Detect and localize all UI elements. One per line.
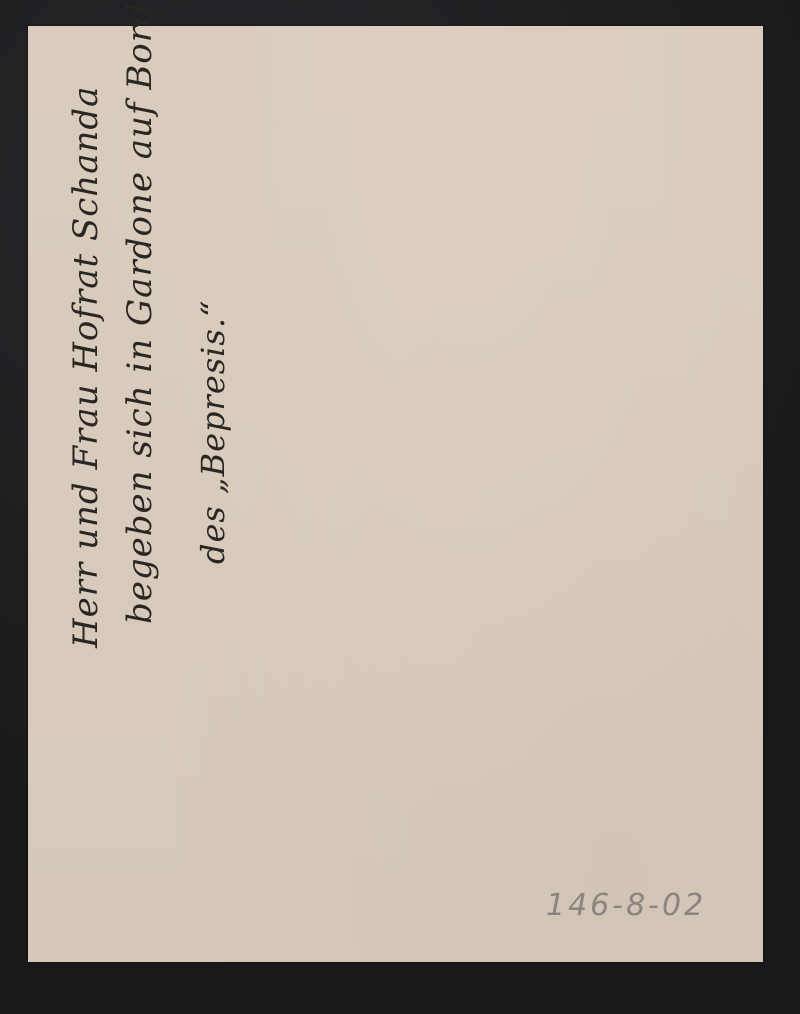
handwritten-line-1: Herr und Frau Hofrat Schanda (66, 86, 106, 648)
handwritten-line-2: begeben sich in Gardone auf Bord (120, 2, 160, 624)
handwritten-line-3: des „Bepresis.“ (194, 300, 232, 564)
archive-number: 146-8-02 (546, 888, 706, 923)
card: Herr und Frau Hofrat Schanda begeben sic… (28, 26, 763, 962)
